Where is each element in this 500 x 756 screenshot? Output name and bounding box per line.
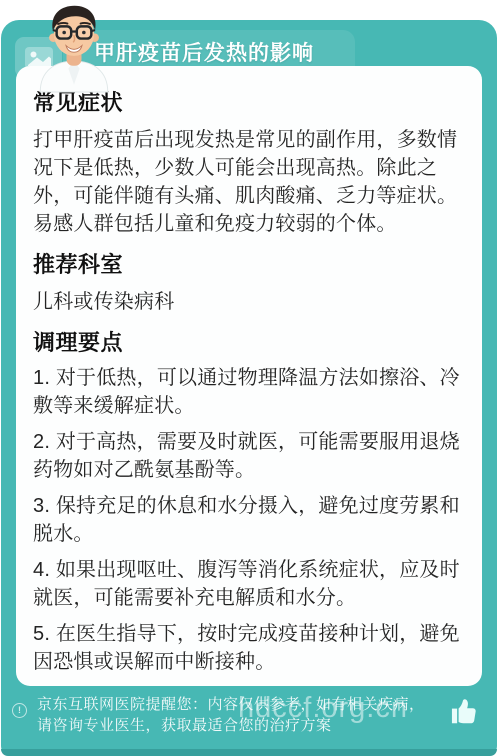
- care-point-1: 1. 对于低热，可以通过物理降温方法如擦浴、冷敷等来缓解症状。: [33, 364, 462, 420]
- care-point-4: 4. 如果出现呕吐、腹泻等消化系统症状，应及时就医，可能需要补充电解质和水分。: [33, 556, 462, 612]
- care-point-2: 2. 对于高热，需要及时就医，可能需要服用退烧药物如对乙酰氨基酚等。: [33, 428, 462, 484]
- thumbs-up-button[interactable]: [449, 695, 481, 727]
- page-title: 甲肝疫苗后发热的影响: [94, 37, 314, 67]
- header: 甲肝疫苗后发热的影响: [1, 20, 497, 66]
- bottom-edge-strip: [1, 749, 497, 756]
- teal-card-frame: 甲肝疫苗后发热的影响 常见症状 打甲肝疫苗后出现发热是常见的副作用，多数情况下是…: [1, 20, 497, 756]
- content-panel: 常见症状 打甲肝疫苗后出现发热是常见的副作用，多数情况下是低热，少数人可能会出现…: [16, 66, 482, 686]
- watermark-text: hdccf.org.cn: [238, 692, 408, 725]
- care-point-3: 3. 保持充足的休息和水分摄入，避免过度劳累和脱水。: [33, 492, 462, 548]
- section-heading-department: 推荐科室: [33, 252, 462, 278]
- screenshot-root: 甲肝疫苗后发热的影响 常见症状 打甲肝疫苗后出现发热是常见的副作用，多数情况下是…: [0, 0, 500, 756]
- section-heading-care-points: 调理要点: [33, 330, 462, 356]
- symptoms-paragraph: 打甲肝疫苗后出现发热是常见的副作用，多数情况下是低热，少数人可能会出现高热。除此…: [33, 126, 462, 238]
- footer: ! 京东互联网医院提醒您：内容仅供参考，如有相关疾病，请咨询专业医生，获取最适合…: [1, 686, 497, 756]
- doctor-avatar: [29, 1, 119, 93]
- care-point-5: 5. 在医生指导下，按时完成疫苗接种计划，避免因恐惧或误解而中断接种。: [33, 620, 462, 676]
- thumbs-up-icon: [449, 695, 481, 727]
- department-text: 儿科或传染病科: [33, 288, 462, 316]
- info-icon: !: [12, 703, 27, 718]
- section-heading-symptoms: 常见症状: [33, 90, 462, 116]
